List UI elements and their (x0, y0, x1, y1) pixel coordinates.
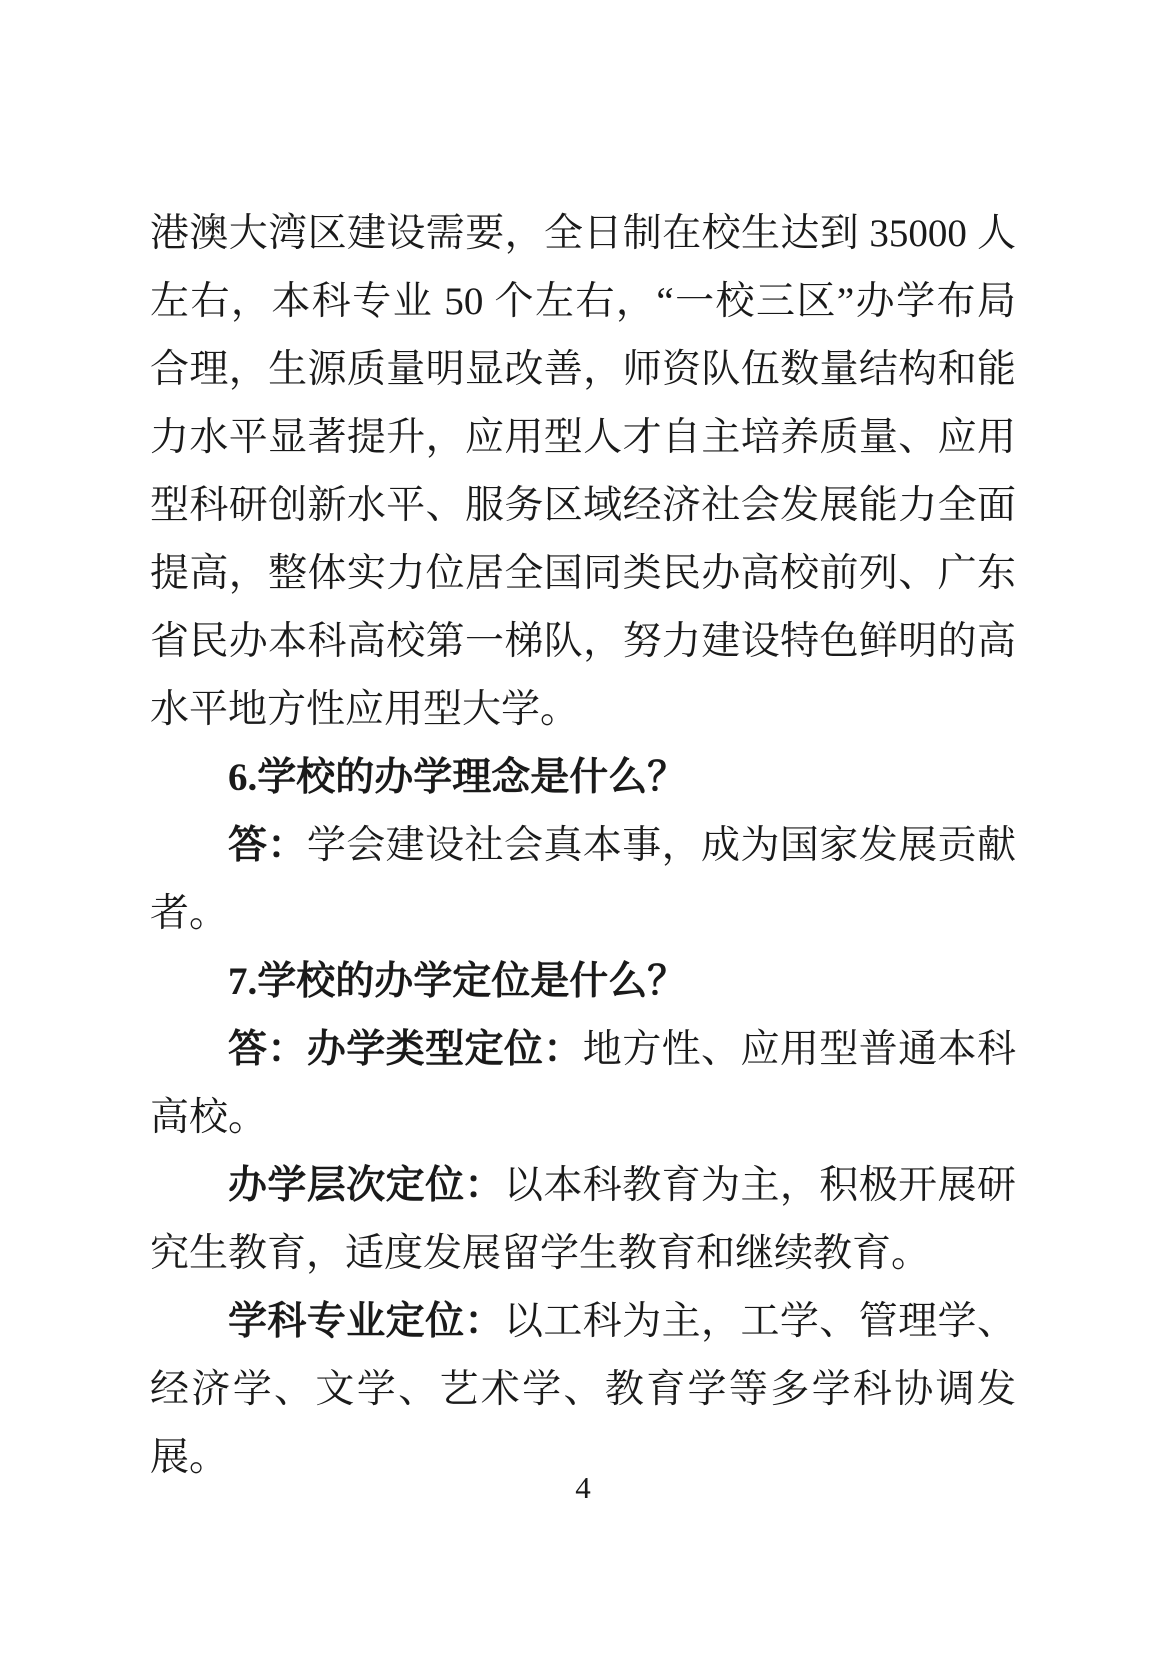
answer-7-discipline-label: 学科专业定位： (228, 1300, 504, 1343)
question-7-heading: 7.学校的办学定位是什么？ (150, 948, 1016, 1016)
answer-6-label: 答： (228, 824, 307, 867)
answer-7-type-label: 答：办学类型定位： (228, 1028, 583, 1071)
document-body: 港澳大湾区建设需要，全日制在校生达到 35000 人左右，本科专业 50 个左右… (150, 200, 1016, 1492)
paragraph-body-continuation: 港澳大湾区建设需要，全日制在校生达到 35000 人左右，本科专业 50 个左右… (150, 200, 1016, 744)
question-6-text: 6.学校的办学理念是什么？ (228, 756, 686, 799)
answer-7-level-paragraph: 办学层次定位：以本科教育为主，积极开展研究生教育，适度发展留学生教育和继续教育。 (150, 1152, 1016, 1288)
question-7-text: 7.学校的办学定位是什么？ (228, 960, 686, 1003)
answer-7-discipline-paragraph: 学科专业定位：以工科为主，工学、管理学、经济学、文学、艺术学、教育学等多学科协调… (150, 1288, 1016, 1492)
answer-7-level-label: 办学层次定位： (228, 1164, 504, 1207)
answer-7-type-paragraph: 答：办学类型定位：地方性、应用型普通本科高校。 (150, 1016, 1016, 1152)
answer-6-paragraph: 答：学会建设社会真本事，成为国家发展贡献者。 (150, 812, 1016, 948)
page-number: 4 (0, 1470, 1166, 1506)
paragraph-text: 港澳大湾区建设需要，全日制在校生达到 35000 人左右，本科专业 50 个左右… (150, 212, 1016, 731)
question-6-heading: 6.学校的办学理念是什么？ (150, 744, 1016, 812)
document-page: 港澳大湾区建设需要，全日制在校生达到 35000 人左右，本科专业 50 个左右… (0, 0, 1166, 1654)
